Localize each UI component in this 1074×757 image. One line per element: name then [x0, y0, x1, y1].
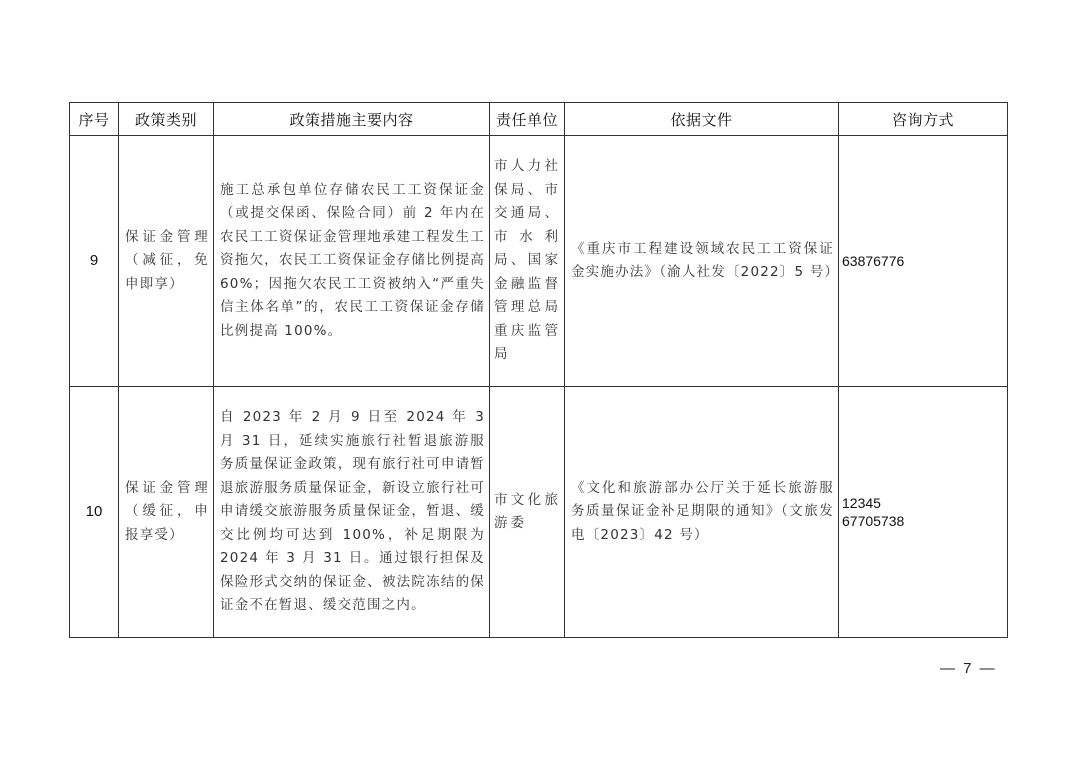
row-policy-category: 保证金管理（减征，免申即享）	[119, 136, 214, 387]
header-policy-category: 政策类别	[119, 103, 214, 136]
row-policy-content: 自 2023 年 2 月 9 日至 2024 年 3 月 31 日，延续实施旅行…	[214, 387, 490, 638]
contact-phone: 63876776	[842, 252, 1003, 270]
row-policy-category: 保证金管理（缓征，申报享受）	[119, 387, 214, 638]
row-contact: 63876776	[839, 136, 1008, 387]
table-row: 10 保证金管理（缓征，申报享受） 自 2023 年 2 月 9 日至 2024…	[70, 387, 1008, 638]
header-basis-document: 依据文件	[565, 103, 839, 136]
table-row: 9 保证金管理（减征，免申即享） 施工总承包单位存储农民工工资保证金（或提交保函…	[70, 136, 1008, 387]
row-serial-number: 9	[70, 136, 119, 387]
header-responsible-unit: 责任单位	[490, 103, 565, 136]
row-responsible-unit: 市人力社保局、市交通局、市水利局、国家金融监督管理总局重庆监管局	[490, 136, 565, 387]
header-policy-content: 政策措施主要内容	[214, 103, 490, 136]
row-serial-number: 10	[70, 387, 119, 638]
contact-hotline: 12345	[842, 494, 1003, 512]
row-basis-document: 《文化和旅游部办公厅关于延长旅游服务质量保证金补足期限的通知》（文旅发电〔202…	[565, 387, 839, 638]
contact-phone: 67705738	[842, 512, 1003, 530]
header-serial-number: 序号	[70, 103, 119, 136]
row-policy-content: 施工总承包单位存储农民工工资保证金（或提交保函、保险合同）前 2 年内在农民工工…	[214, 136, 490, 387]
header-contact: 咨询方式	[839, 103, 1008, 136]
policy-table: 序号 政策类别 政策措施主要内容 责任单位 依据文件 咨询方式 9 保证金管理（…	[69, 102, 1008, 638]
row-contact: 12345 67705738	[839, 387, 1008, 638]
table-header-row: 序号 政策类别 政策措施主要内容 责任单位 依据文件 咨询方式	[70, 103, 1008, 136]
row-responsible-unit: 市文化旅游委	[490, 387, 565, 638]
document-page: 序号 政策类别 政策措施主要内容 责任单位 依据文件 咨询方式 9 保证金管理（…	[0, 0, 1074, 757]
page-number: — 7 —	[940, 660, 997, 677]
row-basis-document: 《重庆市工程建设领域农民工工资保证金实施办法》（渝人社发〔2022〕5 号）	[565, 136, 839, 387]
